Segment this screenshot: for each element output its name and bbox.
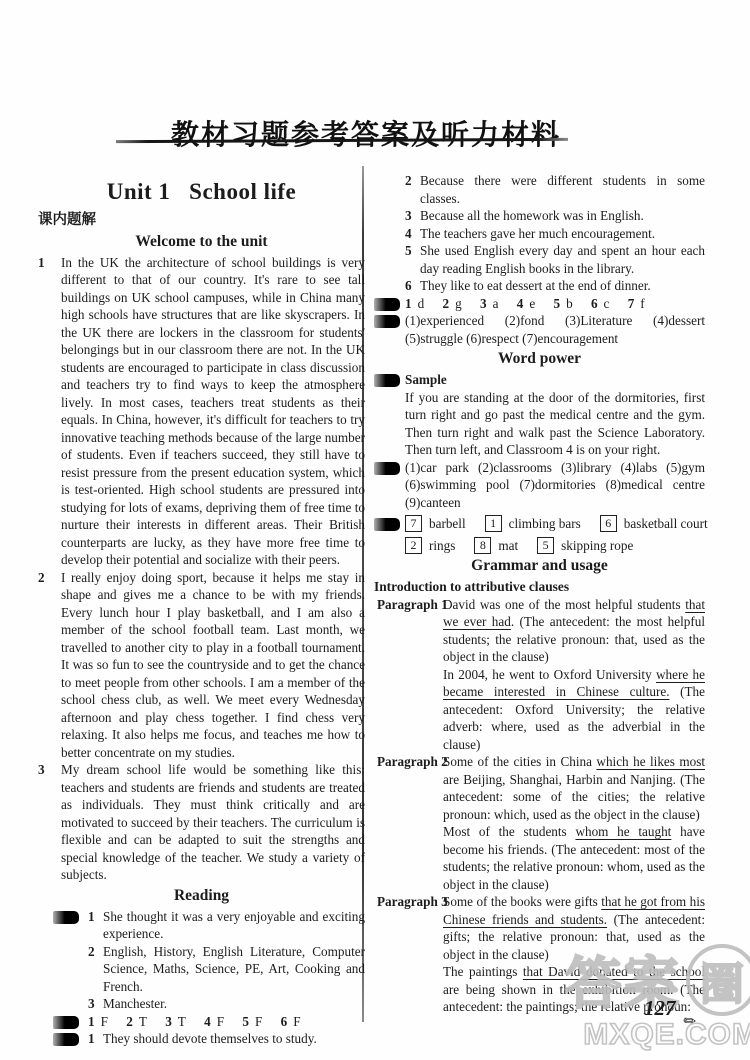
item-number: 1	[88, 908, 103, 926]
tf-number: 6	[281, 1014, 288, 1029]
item-text: They like to eat dessert at the end of d…	[420, 278, 651, 293]
match-pair: 6c	[591, 296, 609, 311]
equipment-row: 7barbell 1climbing bars 6basketball cour…	[405, 515, 705, 533]
welcome-answer-3: 3My dream school life would be something…	[38, 761, 365, 884]
tf-pair: 5F	[242, 1014, 262, 1029]
equipment-item: 5skipping rope	[537, 537, 633, 555]
item-number: 2	[405, 172, 420, 190]
page-header-title: 教材习题参考答案及听力材料	[0, 113, 732, 153]
scanned-answer-page: 教材习题参考答案及听力材料 Unit 1 School life 课内题解 We…	[0, 0, 750, 1060]
item-number: 4	[405, 225, 420, 243]
equipment-item: 8mat	[474, 537, 518, 555]
answer-marker-icon	[53, 1033, 79, 1046]
item-text: She used English every day and spent an …	[420, 243, 705, 276]
equipment-label: climbing bars	[509, 515, 581, 533]
match-number: 5	[553, 296, 560, 311]
grammar-paragraph-2: Paragraph 2 Some of the cities in China …	[374, 753, 705, 893]
answer-number-box: 2	[405, 537, 422, 554]
sample-label-row: Sample	[374, 371, 705, 389]
match-number: 3	[480, 296, 487, 311]
answer-marker-icon	[374, 374, 400, 387]
item-number: 5	[405, 242, 420, 260]
item-number: 3	[88, 995, 103, 1013]
sample-label: Sample	[405, 372, 447, 387]
tf-value: T	[139, 1014, 147, 1029]
underlined-clause: which he likes most	[596, 754, 705, 769]
tf-number: 5	[242, 1014, 249, 1029]
grammar-intro: Introduction to attributive clauses	[374, 578, 705, 596]
answer-marker-icon	[53, 1016, 79, 1029]
continued-answers-block: 2Because there were different students i…	[374, 172, 705, 295]
tf-pair: 3T	[165, 1014, 186, 1029]
match-value: c	[604, 296, 610, 311]
item-number: 3	[38, 761, 61, 779]
equipment-item: 7barbell	[405, 515, 466, 533]
lesson-notes-label: 课内题解	[38, 210, 365, 230]
page-number: 127	[644, 996, 676, 1021]
answer-number-box: 5	[537, 537, 554, 554]
match-pair: 4e	[517, 296, 535, 311]
match-value: b	[566, 296, 573, 311]
reading-answer-2: 2English, History, English Literature, C…	[88, 943, 365, 996]
wordpower-heading: Word power	[374, 349, 705, 368]
continued-answer-2: 2Because there were different students i…	[405, 172, 705, 207]
reading-heading: Reading	[38, 886, 365, 905]
continued-answer-6: 6They like to eat dessert at the end of …	[405, 277, 705, 295]
tf-pair: 2T	[126, 1014, 147, 1029]
tf-pair: 4F	[204, 1014, 224, 1029]
tf-number: 2	[126, 1014, 133, 1029]
answer-marker-icon	[374, 298, 400, 311]
tf-value: F	[293, 1014, 300, 1029]
item-number: 2	[88, 943, 103, 961]
answer-number-box: 1	[485, 515, 502, 532]
map-answers-block: (1)car park (2)classrooms (3)library (4)…	[374, 459, 705, 512]
item-text: My dream school life would be something …	[61, 762, 365, 882]
answer-number-box: 6	[600, 515, 617, 532]
item-text: She thought it was a very enjoyable and …	[103, 909, 365, 942]
fill-blanks-text: (1)experienced (2)fond (3)Literature (4)…	[405, 312, 705, 347]
equipment-row: 2rings 8mat 5skipping rope	[405, 537, 705, 555]
equipment-label: skipping rope	[561, 537, 633, 555]
text-segment: Some of the cities in China	[443, 754, 596, 769]
true-false-answers: 1F 2T 3T 4F 5F 6F	[38, 1013, 365, 1031]
tf-number: 1	[88, 1014, 95, 1029]
equipment-label: rings	[429, 537, 455, 555]
tf-value: F	[101, 1014, 108, 1029]
text-segment: In 2004, he went to Oxford University	[443, 667, 656, 682]
match-number: 7	[628, 296, 635, 311]
equipment-answers-row2: 2rings 8mat 5skipping rope	[374, 537, 705, 555]
welcome-answer-1: 1In the UK the architecture of school bu…	[38, 254, 365, 569]
unit-title: Unit 1 School life	[38, 183, 365, 201]
answer-marker-icon	[374, 462, 400, 475]
match-number: 1	[405, 296, 412, 311]
watermark-site: MXQE.COM	[565, 1018, 750, 1052]
equipment-item: 1climbing bars	[485, 515, 581, 533]
grammar-paragraph-1: Paragraph 1 David was one of the most he…	[374, 596, 705, 754]
right-column: 2Because there were different students i…	[374, 172, 705, 1016]
match-pair: 5b	[553, 296, 572, 311]
reading-answers-block: 1She thought it was a very enjoyable and…	[38, 908, 365, 1013]
left-column: Unit 1 School life 课内题解 Welcome to the u…	[38, 183, 365, 1048]
text-segment: Some of the books were gifts	[443, 894, 601, 909]
grammar-heading: Grammar and usage	[374, 556, 705, 575]
item-number: 1	[38, 254, 61, 272]
text-segment: The paintings	[443, 964, 523, 979]
text-segment: are Beijing, Shanghai, Harbin and Nanjin…	[443, 772, 705, 822]
grammar-block: Some of the cities in China which he lik…	[443, 753, 705, 823]
answer-marker-icon	[374, 518, 400, 531]
answer-marker-icon	[374, 315, 400, 328]
underlined-clause: whom he taught	[575, 824, 671, 839]
equipment-label: basketball court	[624, 515, 708, 533]
item-text: English, History, English Literature, Co…	[103, 944, 365, 994]
item-text: Because all the homework was in English.	[420, 208, 644, 223]
continued-answer-4: 4The teachers gave her much encouragemen…	[405, 225, 705, 243]
tf-number: 3	[165, 1014, 172, 1029]
reading-answer-1: 1She thought it was a very enjoyable and…	[88, 908, 365, 943]
answer-marker-icon	[53, 911, 79, 924]
answer-number-box: 7	[405, 515, 422, 532]
underlined-clause: that David donated to the school	[523, 964, 705, 979]
match-pair: 7f	[628, 296, 645, 311]
match-pair: 1d	[405, 296, 424, 311]
grammar-block: Most of the students whom he taught have…	[443, 823, 705, 893]
equipment-label: barbell	[429, 515, 466, 533]
match-pair: 3a	[480, 296, 498, 311]
match-value: f	[640, 296, 644, 311]
equipment-item: 6basketball court	[600, 515, 708, 533]
welcome-answer-2: 2I really enjoy doing sport, because it …	[38, 569, 365, 762]
item-text: In the UK the architecture of school bui…	[61, 255, 365, 568]
welcome-heading: Welcome to the unit	[38, 232, 365, 251]
tf-pair: 6F	[281, 1014, 301, 1029]
matching-answers: 1d 2g 3a 4e 5b 6c 7f	[374, 295, 705, 313]
equipment-label: mat	[498, 537, 518, 555]
item-number: 6	[405, 277, 420, 295]
match-value: g	[455, 296, 462, 311]
grammar-block: Some of the books were gifts that he got…	[443, 893, 705, 963]
map-answers-text: (1)car park (2)classrooms (3)library (4)…	[405, 459, 705, 512]
item-number: 2	[38, 569, 61, 587]
sample-text-block: If you are standing at the door of the d…	[374, 389, 705, 459]
item-text: The teachers gave her much encouragement…	[420, 226, 655, 241]
text-segment: David was one of the most helpful studen…	[443, 597, 685, 612]
answer-number-box: 8	[474, 537, 491, 554]
paragraph-label: Paragraph 2	[377, 753, 448, 771]
tf-number: 4	[204, 1014, 211, 1029]
paragraph-label: Paragraph 1	[377, 596, 448, 614]
item-text: They should devote themselves to study.	[103, 1031, 317, 1046]
grammar-block: In 2004, he went to Oxford University wh…	[443, 666, 705, 754]
tf-pair: 1F	[88, 1014, 108, 1029]
devote-answer-row: 1They should devote themselves to study.	[38, 1030, 365, 1048]
sample-text: If you are standing at the door of the d…	[405, 389, 705, 459]
match-value: a	[493, 296, 499, 311]
grammar-block: David was one of the most helpful studen…	[443, 596, 705, 666]
item-text: Manchester.	[103, 996, 167, 1011]
continued-answer-5: 5She used English every day and spent an…	[405, 242, 705, 277]
text-segment: Most of the students	[443, 824, 575, 839]
equipment-item: 2rings	[405, 537, 455, 555]
item-number: 1	[88, 1030, 103, 1048]
item-text: Because there were different students in…	[420, 173, 705, 206]
item-text: I really enjoy doing sport, because it h…	[61, 570, 365, 760]
watermark-circle-char: 圈	[700, 948, 744, 1012]
match-value: e	[529, 296, 535, 311]
tf-value: T	[178, 1014, 186, 1029]
continued-answer-3: 3Because all the homework was in English…	[405, 207, 705, 225]
fill-blanks-answers: (1)experienced (2)fond (3)Literature (4)…	[374, 312, 705, 347]
match-number: 2	[442, 296, 449, 311]
match-number: 4	[517, 296, 524, 311]
tf-value: F	[255, 1014, 262, 1029]
reading-answer-3: 3Manchester.	[88, 995, 365, 1013]
tf-value: F	[217, 1014, 224, 1029]
equipment-answers-row1: 7barbell 1climbing bars 6basketball cour…	[374, 515, 705, 533]
paragraph-label: Paragraph 3	[377, 893, 448, 911]
item-number: 3	[405, 207, 420, 225]
match-pair: 2g	[442, 296, 461, 311]
devote-answer: 1They should devote themselves to study.	[88, 1030, 365, 1048]
match-value: d	[418, 296, 425, 311]
match-number: 6	[591, 296, 598, 311]
